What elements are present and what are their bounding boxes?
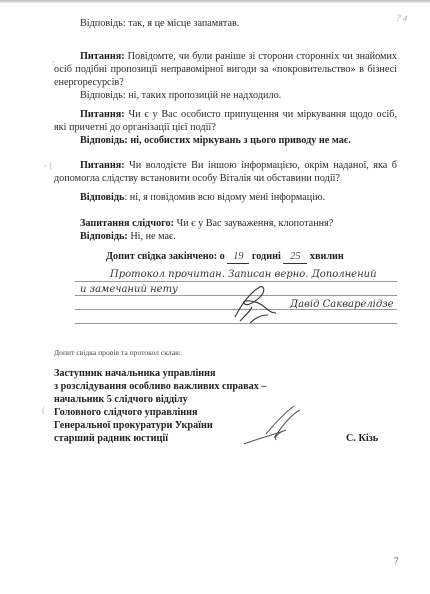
answer-4: Відповідь: Ні, не має.: [80, 230, 176, 243]
signatory-title-3: начальник 5 слідчого відділу: [54, 393, 188, 406]
answer-label: Відповідь: [80, 192, 124, 203]
margin-mark: (: [42, 405, 45, 415]
answer-label: Відповідь:: [80, 18, 126, 29]
question-label: Запитання слідчого:: [80, 218, 174, 229]
signatory-intro: Допит свідка провів та протокол склав:: [54, 346, 181, 359]
signatory-name: С. Кізь: [346, 432, 378, 445]
answer-text: : ні, я повідомив всю відому мені інформ…: [124, 192, 325, 203]
answer-label: Відповідь:: [80, 135, 128, 146]
answer-text: ні, особистих міркувань з цього приводу …: [128, 135, 351, 146]
signatory-title-6: старший радник юстиції: [54, 432, 168, 445]
margin-mark: - (: [44, 160, 52, 170]
page-number: 7: [394, 556, 399, 566]
completion-hours: 19: [227, 250, 249, 264]
handwritten-line-2: и замечаний нету: [80, 283, 178, 296]
answer-text: ні, таких пропозицій не надходило.: [126, 90, 282, 101]
completion-minutes: 25: [283, 250, 307, 264]
scan-edge: [0, 0, 430, 3]
corner-handwritten-note: ? 4: [395, 12, 408, 23]
question-3: Питання: Чи володієте Ви іншою інформаці…: [54, 159, 397, 185]
handwritten-line-1: Протокол прочитан. Записан верно. Дополн…: [110, 268, 377, 281]
investigator-question: Запитання слідчого: Чи є у Вас зауваженн…: [80, 217, 333, 230]
answer-2: Відповідь: ні, особистих міркувань з цьо…: [80, 134, 351, 147]
signatory-title-2: з розслідування особливо важливих справа…: [54, 380, 266, 393]
answer-text: Ні, не має.: [128, 231, 176, 242]
question-label: Питання:: [80, 109, 125, 120]
answer-text: так, я це місце запамятав.: [126, 18, 240, 29]
answer-0: Відповідь: так, я це місце запамятав.: [80, 17, 239, 30]
signatory-title-4: Головного слідчого управління: [54, 406, 198, 419]
completion-prefix: Допит свідка закінчено: о: [106, 251, 227, 262]
answer-3: Відповідь: ні, я повідомив всю відому ме…: [80, 191, 325, 204]
question-label: Питання:: [80, 51, 125, 62]
handwritten-name: Давід Сакварелідзе: [290, 298, 394, 311]
answer-label: Відповідь:: [80, 231, 128, 242]
question-label: Питання:: [80, 160, 125, 171]
signatory-title-1: Заступник начальника управління: [54, 367, 216, 380]
signatory-title-5: Генеральної прокуратури України: [54, 419, 213, 432]
question-2: Питання: Чи є у Вас особисто припущення …: [54, 108, 397, 134]
completion-line: Допит свідка закінчено: о 19 годині 25 х…: [106, 250, 344, 264]
answer-1: Відповідь: ні, таких пропозицій не надхо…: [80, 89, 281, 102]
hours-label: годині: [249, 251, 283, 262]
answer-label: Відповідь:: [80, 90, 126, 101]
ruled-line: [75, 281, 397, 282]
witness-signature-icon: [230, 283, 280, 325]
minutes-label: хвилин: [307, 251, 343, 262]
question-1: Питання: Повідомте, чи були раніше зі ст…: [54, 50, 397, 89]
investigator-signature-icon: [240, 400, 310, 450]
question-text: Чи є у Вас зауваження, клопотання?: [174, 218, 333, 229]
